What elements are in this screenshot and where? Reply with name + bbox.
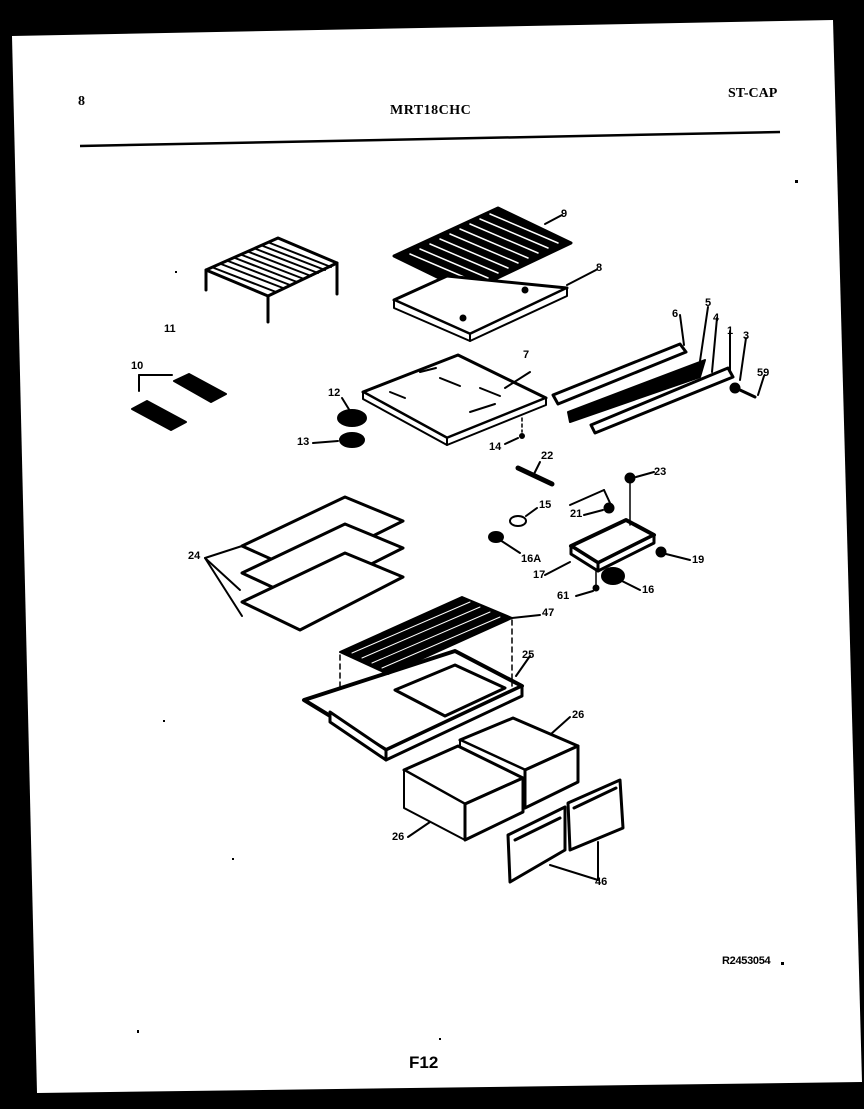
- callout-26-right[interactable]: 26: [572, 710, 584, 721]
- callout-12[interactable]: 12: [328, 388, 340, 399]
- callout-19[interactable]: 19: [692, 555, 704, 566]
- callout-46[interactable]: 46: [595, 877, 607, 888]
- callout-10[interactable]: 10: [131, 361, 143, 372]
- callout-6[interactable]: 6: [672, 309, 678, 320]
- callout-16[interactable]: 16: [642, 585, 654, 596]
- model-number: MRT18CHC: [390, 103, 471, 119]
- figure-label: F12: [409, 1053, 438, 1073]
- page-number: 8: [78, 94, 85, 110]
- callout-22[interactable]: 22: [541, 451, 553, 462]
- callout-25[interactable]: 25: [522, 650, 534, 661]
- callout-61[interactable]: 61: [557, 591, 569, 602]
- callout-16A[interactable]: 16A: [521, 554, 541, 565]
- drawing-reference-code: R2453054: [722, 955, 770, 967]
- callout-17[interactable]: 17: [533, 570, 545, 581]
- callout-1[interactable]: 1: [727, 326, 733, 337]
- callout-26-left[interactable]: 26: [392, 832, 404, 843]
- callout-14[interactable]: 14: [489, 442, 501, 453]
- paper-sheet: [12, 20, 862, 1093]
- parts-diagram-page: 8 MRT18CHC ST-CAP 11 9 8 7 10 12 13 14 6…: [0, 0, 864, 1109]
- callout-11[interactable]: 11: [164, 324, 176, 335]
- callout-47[interactable]: 47: [542, 608, 554, 619]
- callout-4[interactable]: 4: [713, 313, 719, 324]
- callout-24[interactable]: 24: [188, 551, 200, 562]
- callout-59[interactable]: 59: [757, 368, 769, 379]
- callout-3[interactable]: 3: [743, 331, 749, 342]
- callout-9[interactable]: 9: [561, 209, 567, 220]
- callout-8[interactable]: 8: [596, 263, 602, 274]
- callout-7[interactable]: 7: [523, 350, 529, 361]
- callout-5[interactable]: 5: [705, 298, 711, 309]
- callout-13[interactable]: 13: [297, 437, 309, 448]
- callout-15[interactable]: 15: [539, 500, 551, 511]
- callout-21[interactable]: 21: [570, 509, 582, 520]
- callout-23[interactable]: 23: [654, 467, 666, 478]
- section-code: ST-CAP: [728, 86, 777, 102]
- exploded-parts-diagram: [0, 0, 864, 1109]
